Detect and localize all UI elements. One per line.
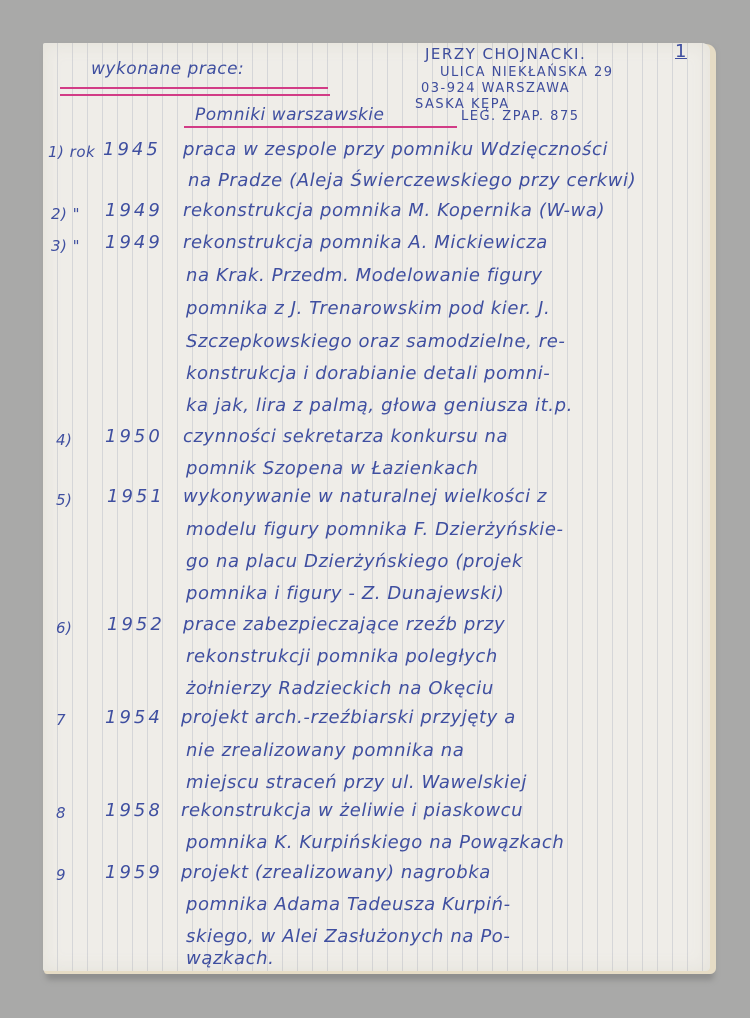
entry-year: 1952 xyxy=(107,614,165,635)
heading: wykonane prace: xyxy=(91,59,244,79)
page-number: 1 xyxy=(675,41,687,62)
entry-line: ka jak, lira z palmą, głowa geniusza it.… xyxy=(186,395,573,416)
entry-year: 1945 xyxy=(103,139,161,160)
entry-line: na Krak. Przedm. Modelowanie figury xyxy=(186,265,543,286)
author-name: JERZY CHOJNACKI. xyxy=(425,45,586,63)
entry-number: 5) xyxy=(56,491,72,509)
entry-number: 7 xyxy=(56,711,66,729)
entry-line: go na placu Dzierżyńskiego (projek xyxy=(186,551,523,572)
entry-line: pomnika z J. Trenarowskim pod kier. J. xyxy=(186,298,550,319)
entry-number: 2) " xyxy=(51,205,80,223)
entry-year: 1958 xyxy=(105,800,163,821)
entry-year: 1950 xyxy=(105,426,163,447)
entry-line: rekonstrukcja pomnika A. Mickiewicza xyxy=(183,232,548,253)
entry-number: 3) " xyxy=(51,237,80,255)
entry-number: 4) xyxy=(56,431,72,449)
entry-line: na Pradze (Aleja Świerczewskiego przy ce… xyxy=(188,170,636,191)
subheading: Pomniki warszawskie xyxy=(195,105,384,125)
heading-underline-2 xyxy=(60,94,330,96)
entry-line: praca w zespole przy pomniku Wdzięcznośc… xyxy=(183,139,608,160)
entry-line: pomnik Szopena w Łazienkach xyxy=(186,458,479,479)
entry-line: pomnika Adama Tadeusza Kurpiń- xyxy=(186,894,511,915)
entry-line: miejscu straceń przy ul. Wawelskiej xyxy=(186,772,527,793)
entry-line: prace zabezpieczające rzeźb przy xyxy=(183,614,505,635)
entry-line: Szczepkowskiego oraz samodzielne, re- xyxy=(186,331,566,352)
entry-year: 1949 xyxy=(105,232,163,253)
entry-number: 9 xyxy=(56,866,66,884)
notebook-page: wykonane prace: Pomniki warszawskie JERZ… xyxy=(43,43,710,971)
entry-line: wązkach. xyxy=(186,948,274,969)
entry-number: 8 xyxy=(56,804,66,822)
entry-line: projekt (zrealizowany) nagrobka xyxy=(181,862,491,883)
entry-line: nie zrealizowany pomnika na xyxy=(186,740,464,761)
entry-line: skiego, w Alei Zasłużonych na Po- xyxy=(186,926,511,947)
author-membership: LEG. ZPAP. 875 xyxy=(461,109,580,124)
entry-number: 1) rok xyxy=(48,143,95,161)
entry-year: 1949 xyxy=(105,200,163,221)
subheading-underline xyxy=(184,126,457,128)
author-city: 03-924 WARSZAWA xyxy=(421,81,570,96)
entry-year: 1959 xyxy=(105,862,163,883)
entry-line: konstrukcja i dorabianie detali pomni- xyxy=(186,363,550,384)
entry-year: 1951 xyxy=(107,486,165,507)
entry-line: rekonstrukcja w żeliwie i piaskowcu xyxy=(181,800,523,821)
entry-line: rekonstrukcji pomnika poległych xyxy=(186,646,498,667)
entry-line: żołnierzy Radzieckich na Okęciu xyxy=(186,678,494,699)
entry-line: projekt arch.-rzeźbiarski przyjęty a xyxy=(181,707,516,728)
entry-number: 6) xyxy=(56,619,72,637)
entry-year: 1954 xyxy=(105,707,163,728)
entry-line: wykonywanie w naturalnej wielkości z xyxy=(183,486,547,507)
author-street: ULICA NIEKŁAŃSKA 29 xyxy=(440,65,614,80)
entry-line: pomnika i figury - Z. Dunajewski) xyxy=(186,583,504,604)
entry-line: modelu figury pomnika F. Dzierżyńskie- xyxy=(186,519,564,540)
entry-line: czynności sekretarza konkursu na xyxy=(183,426,508,447)
entry-line: pomnika K. Kurpińskiego na Powązkach xyxy=(186,832,564,853)
heading-underline-1 xyxy=(60,87,328,89)
entry-line: rekonstrukcja pomnika M. Kopernika (W-wa… xyxy=(183,200,605,221)
